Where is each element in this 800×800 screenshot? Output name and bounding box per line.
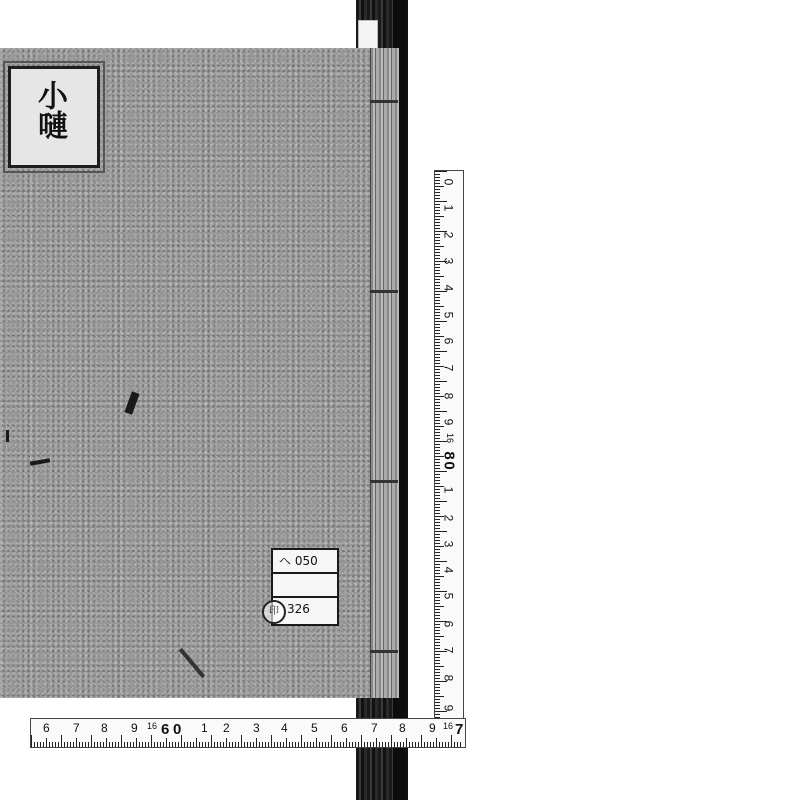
- ruler-label: 5: [441, 312, 455, 319]
- ruler-tick: [435, 579, 440, 580]
- ruler-tick: [37, 742, 38, 747]
- ruler-label: 3: [441, 541, 455, 548]
- ruler-tick: [85, 742, 86, 747]
- ruler-tick: [259, 742, 260, 747]
- ruler-tick: [435, 399, 440, 400]
- ruler-tick: [436, 738, 437, 747]
- ruler-tick: [49, 742, 50, 747]
- ruler-label: 6: [43, 721, 50, 735]
- ruler-tick: [118, 742, 119, 747]
- ruler-tick: [435, 462, 440, 463]
- ruler-label: 9: [131, 721, 138, 735]
- ruler-tick: [262, 742, 263, 747]
- ruler-tick: [67, 742, 68, 747]
- ruler-tick: [435, 567, 440, 568]
- ruler-label: 2: [441, 515, 455, 522]
- ruler-tick: [445, 742, 446, 747]
- ruler-label: 6: [341, 721, 348, 735]
- ruler-tick: [172, 742, 173, 747]
- ruler-tick: [435, 294, 440, 295]
- ruler-tick: [334, 742, 335, 747]
- ruler-tick: [435, 408, 440, 409]
- ruler-tick: [435, 186, 444, 187]
- ruler-tick: [435, 306, 444, 307]
- ruler-tick: [435, 255, 440, 256]
- ruler-label: 1: [201, 721, 208, 735]
- ruler-tick: [331, 735, 332, 747]
- ruler-tick: [435, 312, 440, 313]
- ruler-label: 0: [173, 721, 181, 738]
- ruler-label: 0: [441, 179, 455, 186]
- ruler-tick: [435, 444, 440, 445]
- ruler-tick: [435, 489, 440, 490]
- ruler-tick: [435, 213, 440, 214]
- ruler-tick: [435, 471, 447, 472]
- ruler-label: 4: [281, 721, 288, 735]
- ruler-tick: [435, 345, 440, 346]
- ruler-tick: [435, 465, 440, 466]
- ruler-label: 6: [441, 621, 455, 628]
- ruler-tick: [435, 420, 440, 421]
- ruler-tick: [435, 390, 440, 391]
- ruler-tick: [226, 738, 227, 747]
- ruler-tick: [435, 564, 440, 565]
- ruler-tick: [435, 645, 440, 646]
- ruler-tick: [301, 735, 302, 747]
- ruler-tick: [435, 657, 440, 658]
- ruler-tick: [435, 288, 440, 289]
- ruler-tick: [435, 180, 440, 181]
- ruler-tick: [376, 738, 377, 747]
- ruler-tick: [435, 543, 440, 544]
- ruler-tick: [435, 480, 440, 481]
- ruler-tick: [435, 417, 440, 418]
- ruler-tick: [435, 378, 440, 379]
- ruler-tick: [435, 198, 440, 199]
- ruler-tick: [435, 177, 440, 178]
- ruler-tick: [435, 642, 440, 643]
- ruler-tick: [435, 195, 440, 196]
- ruler-tick: [220, 742, 221, 747]
- horizontal-ruler: 67891660123456789167: [30, 718, 466, 748]
- ruler-label: 2: [441, 232, 455, 239]
- ruler-tick: [286, 738, 287, 747]
- ruler-tick: [435, 687, 440, 688]
- ruler-tick: [435, 477, 440, 478]
- ruler-tick: [435, 690, 440, 691]
- ruler-tick: [435, 402, 440, 403]
- ruler-tick: [31, 735, 32, 747]
- ruler-tick: [435, 405, 440, 406]
- ruler-tick: [435, 555, 440, 556]
- ruler-tick: [64, 742, 65, 747]
- ruler-tick: [435, 273, 440, 274]
- ruler-tick: [82, 742, 83, 747]
- ruler-tick: [418, 742, 419, 747]
- ruler-tick: [435, 558, 440, 559]
- ruler-tick: [385, 742, 386, 747]
- ruler-tick: [435, 258, 440, 259]
- ruler-tick: [435, 315, 440, 316]
- ruler-tick: [435, 570, 440, 571]
- ruler-tick: [435, 669, 440, 670]
- ruler-tick: [370, 742, 371, 747]
- ruler-tick: [103, 742, 104, 747]
- ruler-tick: [435, 618, 440, 619]
- ruler-tick: [435, 624, 440, 625]
- ruler-tick: [435, 708, 440, 709]
- ruler-tick: [435, 360, 440, 361]
- ruler-tick: [435, 303, 440, 304]
- ruler-tick: [435, 678, 440, 679]
- ruler-tick: [193, 742, 194, 747]
- ruler-tick: [115, 742, 116, 747]
- ruler-tick: [325, 742, 326, 747]
- ruler-tick: [435, 381, 447, 382]
- ruler-tick: [435, 414, 440, 415]
- ruler-tick: [435, 330, 440, 331]
- ruler-tick: [313, 742, 314, 747]
- ruler-tick: [435, 264, 440, 265]
- ruler-tick: [430, 742, 431, 747]
- binding-thread: [370, 100, 398, 103]
- ruler-tick: [355, 742, 356, 747]
- ruler-tick: [435, 174, 440, 175]
- ruler-tick: [256, 738, 257, 747]
- ruler-tick: [427, 742, 428, 747]
- ruler-tick: [435, 426, 444, 427]
- ruler-tick: [358, 742, 359, 747]
- ruler-tick: [403, 742, 404, 747]
- vertical-ruler: 01234567891680123456789: [434, 170, 464, 722]
- ruler-tick: [435, 270, 440, 271]
- ruler-tick: [435, 192, 440, 193]
- ruler-tick: [40, 742, 41, 747]
- ruler-tick: [223, 742, 224, 747]
- ruler-tick: [435, 411, 447, 412]
- ruler-tick: [130, 742, 131, 747]
- ruler-tick: [435, 321, 447, 322]
- ruler-tick: [435, 549, 440, 550]
- ruler-label: 7: [455, 721, 463, 738]
- ruler-tick: [435, 435, 440, 436]
- ruler-tick: [435, 450, 440, 451]
- ruler-tick: [400, 742, 401, 747]
- ruler-tick: [127, 742, 128, 747]
- ruler-tick: [435, 201, 447, 202]
- ruler-tick: [435, 600, 440, 601]
- ruler-tick: [292, 742, 293, 747]
- ruler-tick: [142, 742, 143, 747]
- ruler-tick: [328, 742, 329, 747]
- ruler-label: 8: [441, 451, 458, 459]
- ruler-tick: [435, 354, 440, 355]
- ruler-tick: [435, 240, 440, 241]
- ruler-tick: [391, 735, 392, 747]
- ruler-tick: [46, 738, 47, 747]
- ruler-tick: [435, 513, 440, 514]
- ruler-tick: [109, 742, 110, 747]
- ruler-tick: [454, 742, 455, 747]
- ruler-tick: [435, 540, 440, 541]
- ruler-tick: [280, 742, 281, 747]
- book-binding: [370, 48, 399, 698]
- ruler-tick: [435, 468, 440, 469]
- ruler-tick: [435, 282, 440, 283]
- ruler-tick: [435, 714, 440, 715]
- ruler-tick: [435, 237, 440, 238]
- ruler-tick: [435, 228, 440, 229]
- ruler-tick: [435, 576, 444, 577]
- ruler-tick: [435, 357, 440, 358]
- ruler-tick: [435, 561, 447, 562]
- ruler-tick: [435, 183, 440, 184]
- ruler-tick: [205, 742, 206, 747]
- ruler-label: 9: [441, 705, 455, 712]
- ruler-tick: [124, 742, 125, 747]
- ruler-tick: [435, 627, 440, 628]
- ruler-tick: [435, 597, 440, 598]
- book-title: 小嗹: [26, 80, 66, 140]
- ruler-tick: [217, 742, 218, 747]
- ruler-tick: [235, 742, 236, 747]
- ruler-tick: [435, 705, 440, 706]
- ruler-tick: [435, 249, 440, 250]
- ruler-tick: [337, 742, 338, 747]
- ruler-tick: [435, 648, 440, 649]
- ruler-tick: [253, 742, 254, 747]
- ruler-tick: [435, 582, 440, 583]
- ruler-tick: [435, 327, 440, 328]
- ruler-tick: [435, 501, 447, 502]
- ruler-label: 4: [441, 567, 455, 574]
- ruler-tick: [435, 447, 440, 448]
- ruler-label: 0: [441, 461, 458, 469]
- ruler-tick: [435, 654, 440, 655]
- ruler-tick: [435, 348, 440, 349]
- ruler-tick: [175, 742, 176, 747]
- ruler-tick: [55, 742, 56, 747]
- ruler-tick: [163, 742, 164, 747]
- ruler-tick: [367, 742, 368, 747]
- ruler-tick: [160, 742, 161, 747]
- ruler-tick: [435, 246, 444, 247]
- ruler-tick: [435, 522, 440, 523]
- ruler-tick: [435, 612, 440, 613]
- ruler-tick: [435, 318, 440, 319]
- ruler-tick: [178, 742, 179, 747]
- ruler-tick: [435, 351, 447, 352]
- ruler-label: 7: [73, 721, 80, 735]
- ruler-tick: [435, 663, 440, 664]
- ruler-tick: [247, 742, 248, 747]
- ruler-tick: [238, 742, 239, 747]
- ruler-tick: [435, 243, 440, 244]
- ruler-tick: [435, 492, 440, 493]
- ruler-tick: [199, 742, 200, 747]
- ruler-tick: [435, 666, 444, 667]
- ruler-tick: [435, 333, 440, 334]
- ruler-tick: [435, 525, 440, 526]
- ruler-tick: [435, 510, 440, 511]
- ruler-tick: [34, 742, 35, 747]
- ruler-label: 8: [399, 721, 406, 735]
- ruler-tick: [435, 423, 440, 424]
- ruler-tick: [214, 742, 215, 747]
- ruler-tick: [435, 216, 444, 217]
- ruler-tick: [435, 498, 440, 499]
- ruler-tick: [435, 504, 440, 505]
- ruler-label: 7: [371, 721, 378, 735]
- ruler-tick: [435, 696, 444, 697]
- ruler-tick: [310, 742, 311, 747]
- ruler-tick: [435, 363, 440, 364]
- ruler-tick: [202, 742, 203, 747]
- ruler-tick: [435, 699, 440, 700]
- ruler-tick: [88, 742, 89, 747]
- ruler-tick: [435, 369, 440, 370]
- ruler-tick: [435, 552, 440, 553]
- ruler-tick: [435, 531, 447, 532]
- ruler-tick: [148, 742, 149, 747]
- ruler-tick: [435, 606, 444, 607]
- ruler-tick: [196, 738, 197, 747]
- ruler-tick: [435, 495, 440, 496]
- ruler-tick: [136, 738, 137, 747]
- ruler-label: 16: [443, 721, 453, 731]
- ruler-tick: [435, 519, 440, 520]
- ruler-tick: [412, 742, 413, 747]
- ruler-tick: [435, 189, 440, 190]
- ruler-tick: [435, 297, 440, 298]
- ruler-tick: [415, 742, 416, 747]
- ruler-tick: [133, 742, 134, 747]
- ruler-tick: [435, 207, 440, 208]
- ruler-tick: [100, 742, 101, 747]
- ruler-tick: [340, 742, 341, 747]
- ruler-tick: [435, 324, 440, 325]
- ruler-tick: [421, 735, 422, 747]
- ruler-label: 5: [441, 593, 455, 600]
- ruler-tick: [277, 742, 278, 747]
- ruler-tick: [307, 742, 308, 747]
- ruler-label: 4: [441, 285, 455, 292]
- ruler-tick: [435, 339, 440, 340]
- ruler-tick: [58, 742, 59, 747]
- ruler-tick: [241, 735, 242, 747]
- ruler-tick: [424, 742, 425, 747]
- ruler-tick: [435, 630, 440, 631]
- ruler-tick: [435, 609, 440, 610]
- call-number-row: [273, 574, 337, 598]
- binding-thread: [370, 650, 398, 653]
- ruler-tick: [435, 438, 440, 439]
- ruler-tick: [349, 742, 350, 747]
- ruler-label: 8: [441, 675, 455, 682]
- ruler-tick: [460, 742, 461, 747]
- ruler-tick: [397, 742, 398, 747]
- ruler-label: 6: [441, 338, 455, 345]
- ruler-tick: [112, 742, 113, 747]
- ruler-label: 16: [147, 721, 157, 731]
- ruler-label: 3: [253, 721, 260, 735]
- ruler-tick: [451, 735, 452, 747]
- ruler-tick: [435, 432, 440, 433]
- ruler-tick: [322, 742, 323, 747]
- ruler-tick: [166, 738, 167, 747]
- ruler-tick: [435, 276, 444, 277]
- ruler-tick: [435, 594, 440, 595]
- ruler-tick: [435, 534, 440, 535]
- ruler-tick: [52, 742, 53, 747]
- ruler-tick: [435, 660, 440, 661]
- ruler-tick: [435, 222, 440, 223]
- ruler-tick: [271, 735, 272, 747]
- ruler-tick: [435, 300, 440, 301]
- ruler-tick: [457, 742, 458, 747]
- ruler-label: 1: [441, 487, 455, 494]
- ruler-tick: [435, 684, 440, 685]
- ruler-label: 6: [161, 721, 169, 738]
- ruler-tick: [79, 742, 80, 747]
- seal-stamp-icon: 印: [262, 600, 286, 624]
- ruler-tick: [316, 738, 317, 747]
- ruler-tick: [91, 735, 92, 747]
- ruler-tick: [73, 742, 74, 747]
- ruler-tick: [435, 285, 440, 286]
- ruler-label: 2: [223, 721, 230, 735]
- ruler-tick: [435, 234, 440, 235]
- ruler-tick: [435, 483, 440, 484]
- ruler-tick: [382, 742, 383, 747]
- ruler-tick: [190, 742, 191, 747]
- ruler-tick: [184, 742, 185, 747]
- ruler-tick: [435, 675, 440, 676]
- ruler-tick: [229, 742, 230, 747]
- ruler-tick: [435, 204, 440, 205]
- ruler-label: 3: [441, 258, 455, 265]
- ruler-label: 8: [101, 721, 108, 735]
- ruler-tick: [435, 693, 440, 694]
- ruler-tick: [435, 372, 440, 373]
- call-number-row: ヘ 050: [273, 550, 337, 574]
- ruler-tick: [435, 210, 440, 211]
- ruler-tick: [435, 588, 440, 589]
- ruler-tick: [70, 742, 71, 747]
- ruler-tick: [43, 742, 44, 747]
- ruler-tick: [435, 528, 440, 529]
- ruler-tick: [435, 474, 440, 475]
- ruler-tick: [435, 603, 440, 604]
- ruler-tick: [435, 387, 440, 388]
- ruler-tick: [94, 742, 95, 747]
- ruler-tick: [435, 615, 440, 616]
- ruler-tick: [435, 219, 440, 220]
- ruler-label: 1: [441, 205, 455, 212]
- ruler-tick: [121, 735, 122, 747]
- ruler-tick: [343, 742, 344, 747]
- ruler-tick: [319, 742, 320, 747]
- ruler-tick: [361, 735, 362, 747]
- ruler-tick: [442, 742, 443, 747]
- ruler-tick: [435, 672, 440, 673]
- ruler-tick: [274, 742, 275, 747]
- ruler-label: 7: [441, 647, 455, 654]
- ruler-tick: [435, 636, 444, 637]
- ruler-tick: [388, 742, 389, 747]
- ruler-tick: [435, 639, 440, 640]
- ruler-tick: [289, 742, 290, 747]
